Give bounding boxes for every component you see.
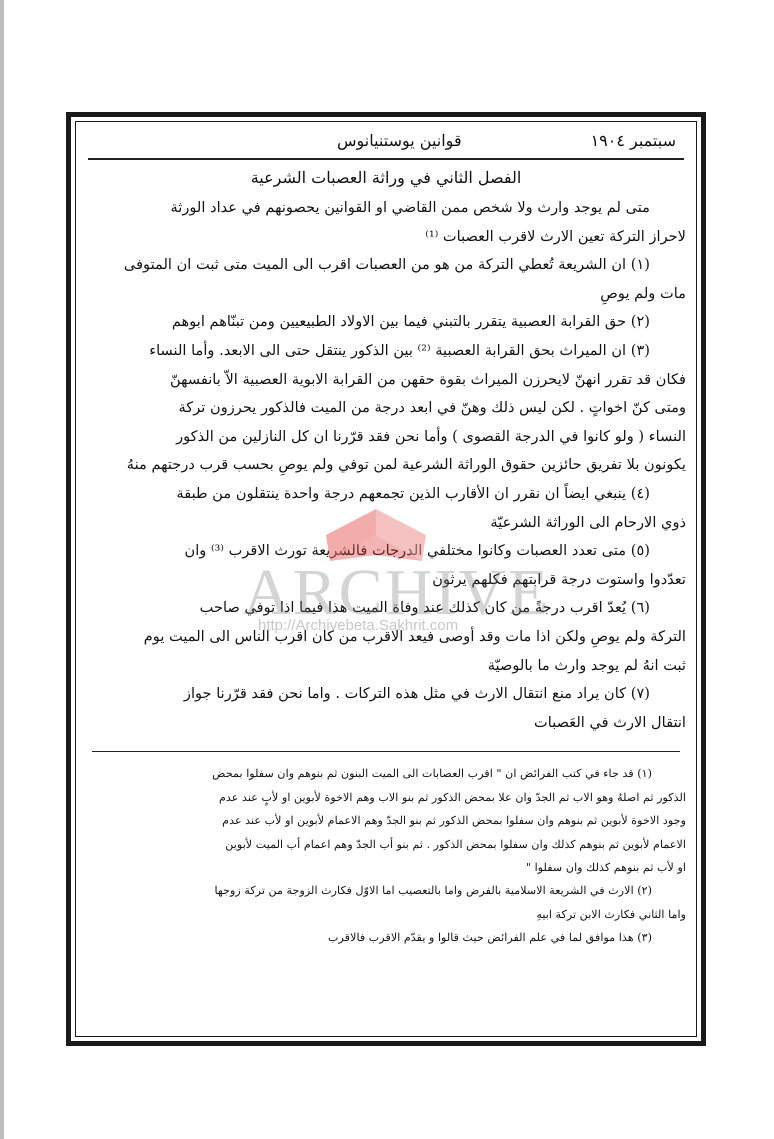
paragraph-line: فكان قد تقرر انهنّ لايحرزن الميراث بقوة … xyxy=(86,366,686,395)
paragraph-line: ينبغي ايضاً ان نقرر ان الأقارب الذين تجم… xyxy=(176,485,626,502)
numbered-paragraph: (٧) كان يراد منع انتقال الارث في مثل هذه… xyxy=(86,680,686,709)
running-title: قوانين يوستنيانوس xyxy=(88,131,591,150)
paragraph-line: التركة ولم يوصِ ولكن اذا مات وقد أوصى في… xyxy=(86,623,686,652)
paragraph-line: مات ولم يوصِ xyxy=(86,280,686,309)
paragraph-line: ان الميراث بحق القرابة العصبية ⁽²⁾ بين ا… xyxy=(149,342,626,359)
issue-date: سبتمبر ١٩٠٤ xyxy=(591,131,684,150)
paragraph-number: (٦) xyxy=(631,599,650,616)
numbered-paragraph: (١) ان الشريعة تُعطي التركة من هو من الع… xyxy=(86,251,686,280)
footnote-divider xyxy=(92,751,680,752)
paragraph-line: النساء ( ولو كانوا في الدرجة القصوى ) وأ… xyxy=(86,423,686,452)
paragraph-line: متى تعدد العصبات وكانوا مختلفي الدرجات ف… xyxy=(185,542,627,559)
footnote: (١) قد جاء في كتب الفرائض ان " اقرب العص… xyxy=(86,762,686,785)
page-content: سبتمبر ١٩٠٤ قوانين يوستنيانوس الفصل الثا… xyxy=(75,121,697,1037)
paragraph-number: (٤) xyxy=(631,485,650,502)
paragraph-number: (٧) xyxy=(631,685,650,702)
numbered-paragraph: (٣) ان الميراث بحق القرابة العصبية ⁽²⁾ ب… xyxy=(86,337,686,366)
paragraph-line: يكونون بلا تفريق حائزين حقوق الوراثة الش… xyxy=(86,451,686,480)
paragraph-line: ان الشريعة تُعطي التركة من هو من العصبات… xyxy=(124,256,626,273)
footnote-line: واما الثاني فكارث الابن تركة ابيهِ xyxy=(86,903,686,926)
paragraph-line: حق القرابة العصبية يتقرر بالتبني فيما بي… xyxy=(172,313,626,330)
numbered-paragraph: (٦) يُعدّ اقرب درجةً من كان كذلك عند وفا… xyxy=(86,594,686,623)
paragraph-line: تعدّدوا واستوت درجة قرابتهم فكلهم يرثون xyxy=(86,566,686,595)
numbered-paragraph: (٢) حق القرابة العصبية يتقرر بالتبني فيم… xyxy=(86,308,686,337)
intro-line: لاحراز التركة تعين الارث لاقرب العصبات ⁽… xyxy=(86,223,686,252)
paragraph-line: ومتى كنّ اخواتٍ . لكن ليس ذلك وهنّ في اب… xyxy=(86,394,686,423)
paragraph-number: (٣) xyxy=(631,342,650,359)
numbered-paragraph: (٤) ينبغي ايضاً ان نقرر ان الأقارب الذين… xyxy=(86,480,686,509)
footnote-line: او لأب ثم بنوهم كذلك وان سفلوا " xyxy=(86,856,686,879)
scan-left-edge xyxy=(0,0,4,1139)
footnote-line: الاعمام لأبوين ثم بنوهم كذلك وان سفلوا ب… xyxy=(86,833,686,856)
paragraph-number: (٥) xyxy=(631,542,650,559)
footnotes: (١) قد جاء في كتب الفرائض ان " اقرب العص… xyxy=(86,762,686,949)
page-frame: سبتمبر ١٩٠٤ قوانين يوستنيانوس الفصل الثا… xyxy=(66,112,706,1046)
paragraph-number: (٢) xyxy=(631,313,650,330)
footnote-number: (٢) xyxy=(637,884,652,897)
footnote-line: قد جاء في كتب الفرائض ان " اقرب العصابات… xyxy=(212,767,634,780)
numbered-paragraph: (٥) متى تعدد العصبات وكانوا مختلفي الدرج… xyxy=(86,537,686,566)
paragraph-line: ثبت انهُ لم يوجد وارث ما بالوصيّة xyxy=(86,652,686,681)
footnote-line: وجود الاخوة لأبوين ثم بنوهم وان سفلوا بم… xyxy=(86,809,686,832)
footnote: (٣) هذا موافق لما في علم الفرائض حيث قال… xyxy=(86,926,686,949)
footnote-number: (١) xyxy=(637,767,652,780)
footnote: (٢) الارث في الشريعة الاسلامية بالفرض وا… xyxy=(86,879,686,902)
footnote-line: هذا موافق لما في علم الفرائض حيث قالوا و… xyxy=(328,931,634,944)
paragraph-line: كان يراد منع انتقال الارث في مثل هذه الت… xyxy=(184,685,626,702)
chapter-title: الفصل الثاني في وراثة العصبات الشرعية xyxy=(86,168,686,194)
running-header: سبتمبر ١٩٠٤ قوانين يوستنيانوس xyxy=(88,122,684,160)
intro-line: متى لم يوجد وارث ولا شخص ممن القاضي او ا… xyxy=(86,194,686,223)
paragraph-line: انتقال الارث في العَصبات xyxy=(86,709,686,738)
footnote-number: (٣) xyxy=(637,931,652,944)
main-text: متى لم يوجد وارث ولا شخص ممن القاضي او ا… xyxy=(86,194,686,737)
paragraph-line: يُعدّ اقرب درجةً من كان كذلك عند وفاة ال… xyxy=(200,599,626,616)
paragraph-line: ذوي الارحام الى الوراثة الشرعيّة xyxy=(86,509,686,538)
paragraph-number: (١) xyxy=(631,256,650,273)
footnote-line: الارث في الشريعة الاسلامية بالفرض واما ب… xyxy=(214,884,633,897)
footnote-line: الذكور ثم اصلهُ وهو الاب ثم الجدّ وان عل… xyxy=(86,786,686,809)
